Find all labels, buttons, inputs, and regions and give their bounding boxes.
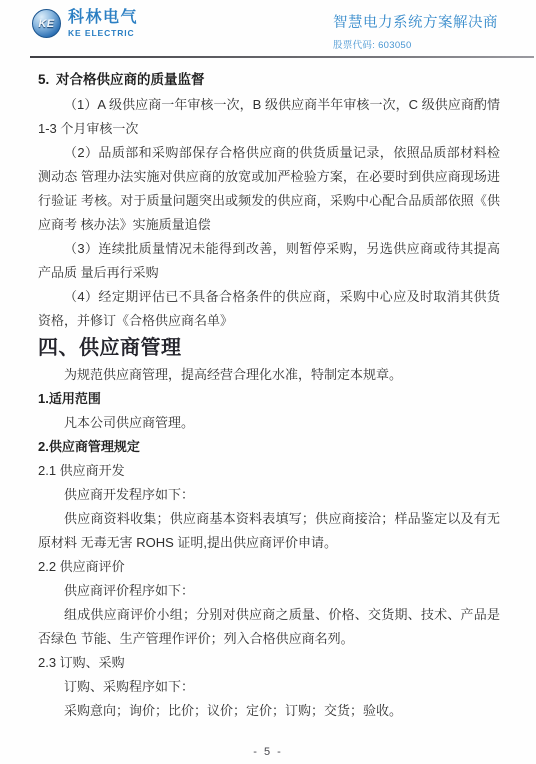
logo-monogram: KE [38,18,54,30]
section-4-heading: 四、供应商管理 [38,333,500,363]
paragraph-4: （4）经定期评估已不具备合格条件的供应商，采购中心应及时取消其供货资格，并修订《… [38,285,500,333]
company-name-block: 科林电气 KE ELECTRIC [68,10,138,38]
company-logo: KE 科林电气 KE ELECTRIC [32,9,138,38]
section-4-intro: 为规范供应商管理，提高经营合理化水准，特制定本规章。 [38,363,500,387]
ordering-intro: 订购、采购程序如下： [38,675,500,699]
paragraph-3: （3）连续批质量情况未能得到改善，则暂停采购，另选供应商或待其提高产品质 量后再… [38,237,500,285]
document-page: KE 科林电气 KE ELECTRIC 智慧电力系统方案解决商 股票代码: 60… [0,0,536,764]
heading-supplier-evaluation: 2.2 供应商评价 [38,555,500,579]
paragraph-1: （1）A 级供应商一年审核一次，B 级供应商半年审核一次，C 级供应商酌情 1-… [38,93,500,141]
company-name-cn: 科林电气 [68,10,138,26]
company-logo-icon: KE [32,9,61,38]
page-header: KE 科林电气 KE ELECTRIC 智慧电力系统方案解决商 股票代码: 60… [0,0,536,51]
company-tagline: 智慧电力系统方案解决商 [333,11,498,32]
section-5-heading: 5. 对合格供应商的质量监督 [38,67,500,93]
heading-scope: 1.适用范围 [38,387,500,411]
header-right-block: 智慧电力系统方案解决商 股票代码: 603050 [333,9,498,51]
development-intro: 供应商开发程序如下： [38,483,500,507]
development-steps: 供应商资料收集；供应商基本资料表填写；供应商接洽；样品鉴定以及有无原材料 无毒无… [38,507,500,555]
page-number: - 5 - [0,746,536,758]
company-name-en: KE ELECTRIC [68,29,138,38]
scope-text: 凡本公司供应商管理。 [38,411,500,435]
ordering-steps: 采购意向；询价；比价；议价；定价；订购；交货；验收。 [38,699,500,723]
heading-ordering-purchasing: 2.3 订购、采购 [38,651,500,675]
heading-supplier-development: 2.1 供应商开发 [38,459,500,483]
document-body: 5. 对合格供应商的质量监督 （1）A 级供应商一年审核一次，B 级供应商半年审… [0,58,536,723]
stock-code: 股票代码: 603050 [333,37,498,51]
evaluation-steps: 组成供应商评价小组；分别对供应商之质量、价格、交货期、技术、产品是否绿色 节能、… [38,603,500,651]
heading-rules: 2.供应商管理规定 [38,435,500,459]
paragraph-2: （2）品质部和采购部保存合格供应商的供货质量记录，依照品质部材料检测动态 管理办… [38,141,500,237]
evaluation-intro: 供应商评价程序如下： [38,579,500,603]
